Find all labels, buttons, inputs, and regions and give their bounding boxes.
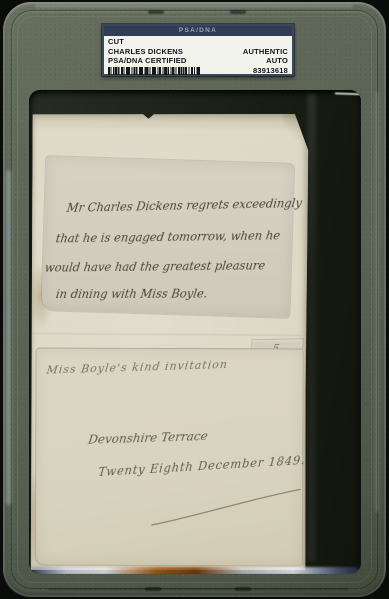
handwriting-line: in dining with Miss Boyle. [55, 287, 208, 302]
cert-category: AUTO [266, 56, 288, 66]
barcode [108, 67, 200, 75]
psa-dna-brand-bar: PSA/DNA [104, 26, 292, 36]
mold-notch [148, 10, 164, 14]
mold-notch [230, 10, 246, 14]
slab-groove [48, 588, 348, 590]
cert-number: 83913618 [253, 66, 288, 76]
cert-label: PSA/DNA CUT CHARLES DICKENS AUTHENTIC PS… [102, 24, 294, 76]
handwriting-date: Twenty Eighth December 1849. [98, 453, 307, 479]
cert-certifier: PSA/DNA CERTIFIED [108, 56, 187, 66]
paper-stain [32, 112, 308, 132]
plastic-glare [33, 567, 359, 574]
paper-crease [31, 333, 303, 337]
handwriting-line: Mr Charles Dickens regrets exceedingly [66, 196, 303, 215]
signature-flourish [148, 483, 306, 532]
cert-label-body: CUT CHARLES DICKENS AUTHENTIC PSA/DNA CE… [104, 36, 292, 75]
display-window: Mr Charles Dickens regrets exceedingly t… [29, 90, 361, 574]
edge-reflection [35, 4, 353, 8]
album-page: Mr Charles Dickens regrets exceedingly t… [29, 112, 308, 572]
edge-reflection [6, 170, 11, 505]
handwriting-line: that he is engaged tomorrow, when he [55, 228, 281, 245]
cert-subject: CHARLES DICKENS [108, 47, 183, 57]
autograph-cut-closing: Miss Boyle's kind invitation Devonshire … [35, 348, 304, 567]
plastic-glare [307, 94, 316, 562]
handwriting-line: would have had the greatest pleasure [44, 258, 266, 274]
edge-reflection [375, 92, 379, 512]
cert-grade: AUTHENTIC [243, 47, 288, 57]
handwriting-invitation: Miss Boyle's kind invitation [46, 358, 229, 377]
cert-type: CUT [108, 37, 124, 47]
handwriting-address: Devonshire Terrace [87, 429, 208, 447]
plastic-glare [335, 92, 361, 95]
slab-photo: Mr Charles Dickens regrets exceedingly t… [0, 0, 389, 599]
autograph-cut-note: Mr Charles Dickens regrets exceedingly t… [41, 156, 294, 318]
slab-holder: Mr Charles Dickens regrets exceedingly t… [3, 2, 386, 597]
